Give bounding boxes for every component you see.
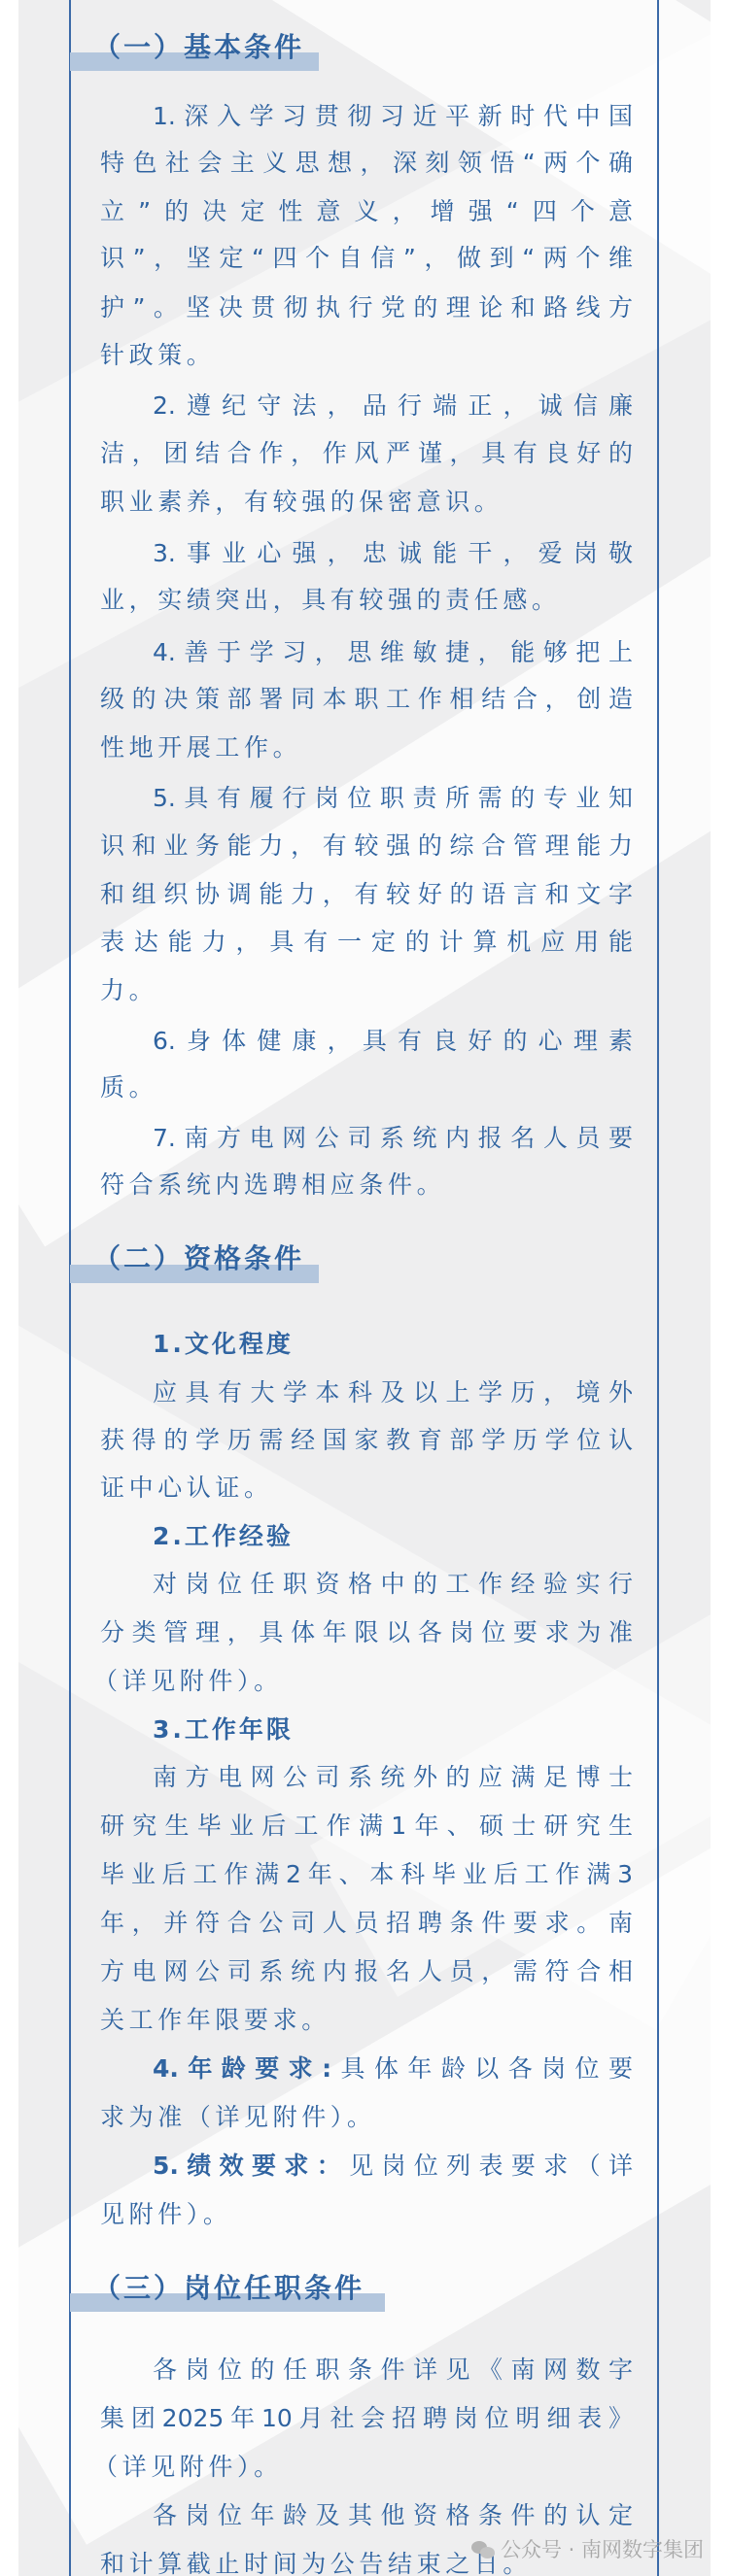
age-requirement-line: 4.年龄要求:具体年龄以各岗位要 xyxy=(153,2054,633,2084)
text-span: 具体年龄以各岗位要 xyxy=(331,2054,633,2083)
text-line: 洁，团结合作，作风严谨，具有良好的 xyxy=(100,439,633,468)
text-line: 年，并符合公司人员招聘条件要求。南 xyxy=(100,1909,633,1938)
text-line: 南方电网公司系统外的应满足博士 xyxy=(153,1763,633,1792)
text-line: 力。 xyxy=(100,976,633,1005)
text-line: 级的决策部署同本职工作相结合，创造 xyxy=(100,685,633,714)
text-line: 见附件）。 xyxy=(100,2200,633,2229)
text-line: 性地开展工作。 xyxy=(100,733,633,763)
text-line: 获得的学历需经国家教育部学历学位认 xyxy=(100,1426,633,1455)
text-span: 见岗位列表要求（详 xyxy=(349,2152,633,2180)
text-line: 符合系统内选聘相应条件。 xyxy=(100,1170,633,1200)
text-line: 质。 xyxy=(100,1073,633,1102)
text-line: 识”，坚定“四个自信”，做到“两个维 xyxy=(100,244,633,273)
background-panel xyxy=(18,0,711,2576)
text-line: 职业素养，有较强的保密意识。 xyxy=(100,488,633,517)
text-line: 和组织协调能力，有较好的语言和文字 xyxy=(100,880,633,909)
text-line: 特色社会主义思想，深刻领悟“两个确 xyxy=(100,149,633,178)
text-line: 表达能力，具有一定的计算机应用能 xyxy=(100,928,633,957)
text-line: 方电网公司系统内报名人员，需符合相 xyxy=(100,1957,633,1986)
text-line: 4.善于学习，思维敏捷，能够把上 xyxy=(153,638,633,667)
left-border-line xyxy=(69,0,71,2576)
text-line: 集团2025年10月社会招聘岗位明细表》 xyxy=(100,2404,633,2433)
text-line: （详见附件）。 xyxy=(93,2453,626,2482)
text-line: 识和业务能力，有较强的综合管理能力 xyxy=(100,831,633,861)
text-line: 应具有大学本科及以上学历，境外 xyxy=(153,1378,633,1407)
text-line: 立”的决定性意义，增强“四个意 xyxy=(100,197,633,226)
text-line: 5.具有履行岗位职责所需的专业知 xyxy=(153,784,633,813)
text-line: 针政策。 xyxy=(100,341,633,370)
watermark: 公众号 · 南网数字集团 xyxy=(471,2537,704,2562)
text-line: 护”。坚决贯彻执行党的理论和路线方 xyxy=(100,293,633,322)
wechat-icon xyxy=(471,2541,497,2560)
text-line: 3.事业心强，忠诚能干，爱岗敬 xyxy=(153,539,633,568)
section-heading-qualifications: （二）资格条件 xyxy=(93,1243,304,1274)
text-line: 研究生毕业后工作满1年、硕士研究生 xyxy=(100,1812,633,1841)
text-line: 求为准（详见附件）。 xyxy=(100,2103,633,2132)
text-line: 1.深入学习贯彻习近平新时代中国 xyxy=(153,102,633,131)
text-line: 分类管理，具体年限以各岗位要求为准 xyxy=(100,1618,633,1647)
subheading-education: 1.文化程度 xyxy=(153,1330,294,1359)
performance-requirement-line: 5.绩效要求：见岗位列表要求（详 xyxy=(153,2152,633,2181)
text-line: 2.遵纪守法，品行端正，诚信廉 xyxy=(153,391,633,421)
text-line: 毕业后工作满2年、本科毕业后工作满3 xyxy=(100,1860,633,1889)
subheading-age: 4.年龄要求: xyxy=(153,2054,331,2083)
right-border-line xyxy=(657,0,659,2576)
text-line: （详见附件）。 xyxy=(93,1667,626,1696)
section-heading-basic-conditions: （一）基本条件 xyxy=(93,32,304,63)
text-line: 各岗位年龄及其他资格条件的认定 xyxy=(153,2501,633,2530)
text-line: 7.南方电网公司系统内报名人员要 xyxy=(153,1124,633,1153)
subheading-work-experience: 2.工作经验 xyxy=(153,1522,294,1551)
text-line: 对岗位任职资格中的工作经验实行 xyxy=(153,1570,633,1599)
subheading-performance: 5.绩效要求： xyxy=(153,2152,349,2180)
section-heading-position-requirements: （三）岗位任职条件 xyxy=(93,2273,364,2304)
text-line: 关工作年限要求。 xyxy=(100,2006,633,2035)
text-line: 业，实绩突出，具有较强的责任感。 xyxy=(100,586,633,615)
text-line: 各岗位的任职条件详见《南网数字 xyxy=(153,2356,633,2385)
watermark-text: 公众号 · 南网数字集团 xyxy=(501,2538,704,2561)
subheading-work-years: 3.工作年限 xyxy=(153,1715,294,1745)
text-line: 证中心认证。 xyxy=(100,1474,633,1503)
text-line: 6.身体健康，具有良好的心理素 xyxy=(153,1027,633,1056)
